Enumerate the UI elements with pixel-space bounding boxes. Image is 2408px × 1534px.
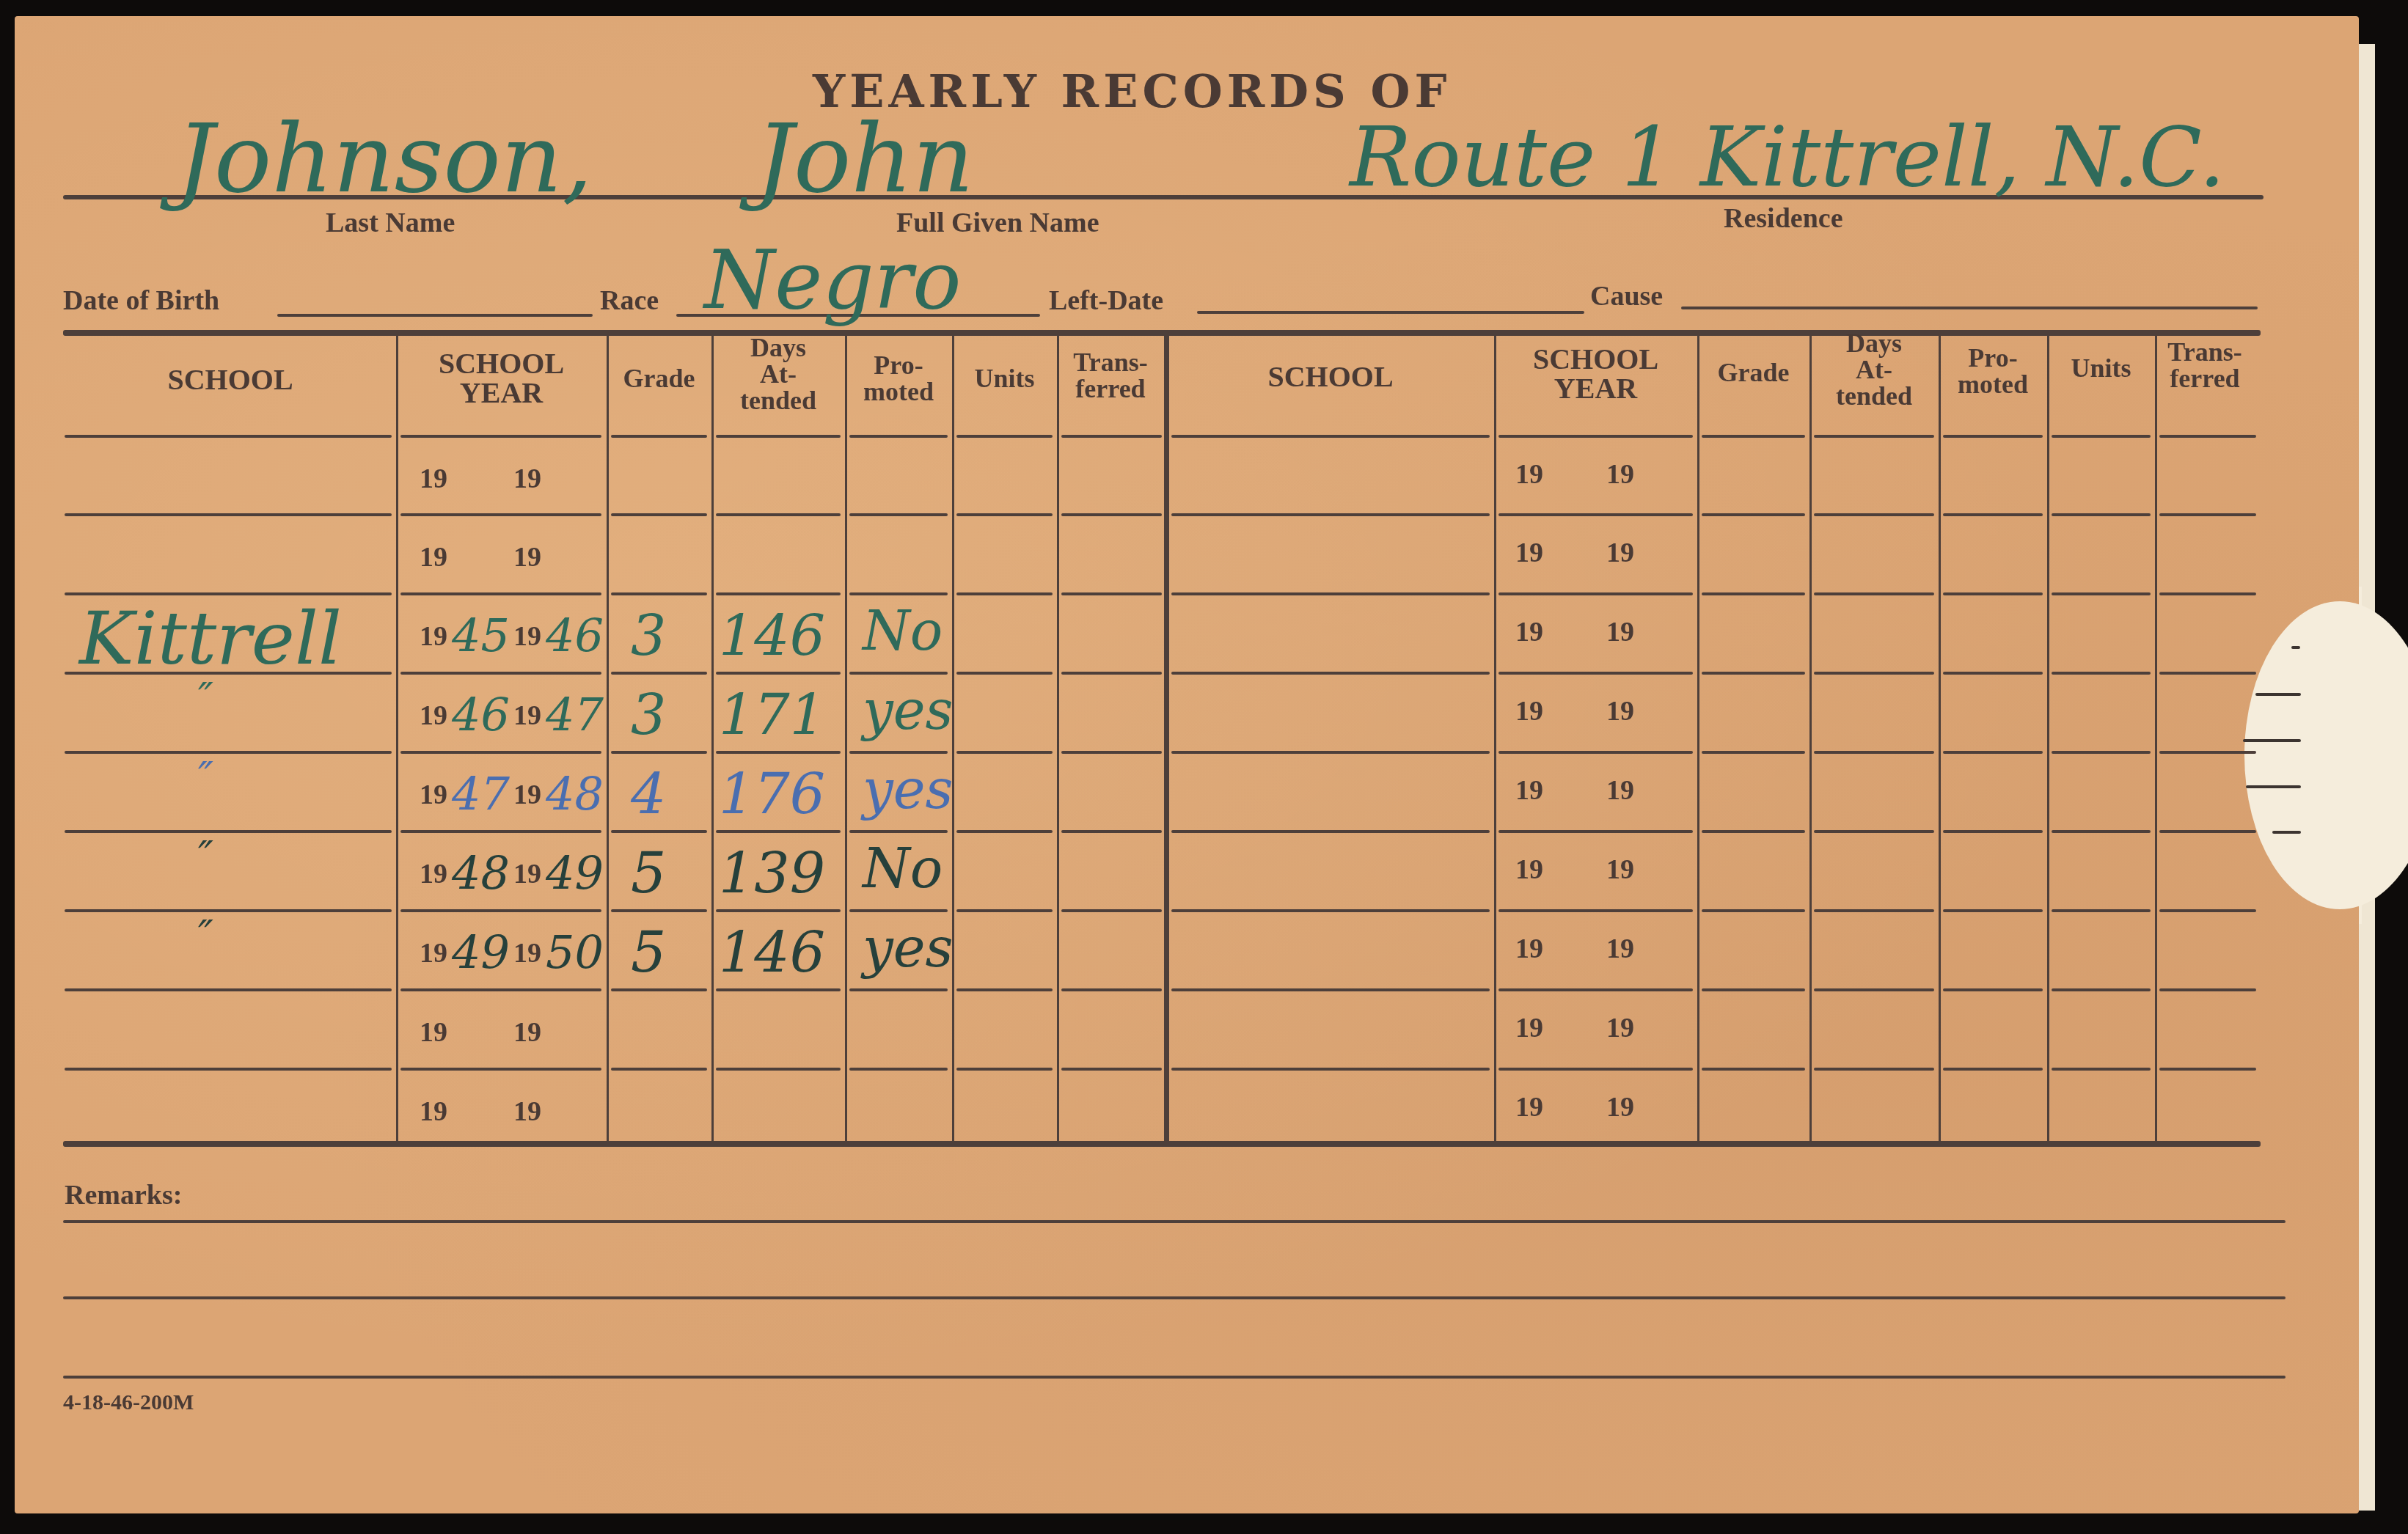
notch-tick bbox=[2243, 739, 2301, 742]
days-cell[interactable]: 146 bbox=[719, 603, 825, 668]
promoted-cell[interactable]: No bbox=[863, 600, 943, 663]
row-rule bbox=[1702, 672, 1805, 675]
col-divider bbox=[845, 334, 847, 1145]
year-prefix-start[interactable]: 19 bbox=[1515, 616, 1543, 648]
header-bottom-rule bbox=[1702, 435, 1805, 438]
row-rule bbox=[1498, 672, 1693, 675]
promoted-cell[interactable]: yes bbox=[863, 917, 954, 980]
row-rule bbox=[716, 830, 841, 833]
year-start-cell[interactable]: 46 bbox=[452, 688, 510, 741]
row-rule bbox=[1814, 830, 1934, 833]
year-prefix-end[interactable]: 19 bbox=[1606, 458, 1634, 491]
row-rule bbox=[400, 909, 601, 912]
right-header-units: Units bbox=[2047, 355, 2155, 381]
row-rule bbox=[400, 988, 601, 991]
row-rule bbox=[1061, 830, 1162, 833]
year-start-cell[interactable]: 47 bbox=[452, 767, 510, 821]
row-rule bbox=[849, 672, 948, 675]
year-prefix-start[interactable]: 19 bbox=[420, 700, 447, 732]
year-end-cell[interactable]: 49 bbox=[546, 846, 604, 900]
promoted-cell[interactable]: yes bbox=[863, 679, 954, 742]
dob-field[interactable] bbox=[277, 314, 593, 317]
row-rule bbox=[1061, 988, 1162, 991]
school-cell[interactable]: ″ bbox=[198, 754, 213, 801]
center-divider bbox=[1164, 334, 1169, 1145]
row-rule bbox=[2159, 909, 2256, 912]
row-rule bbox=[2052, 1068, 2151, 1071]
row-rule bbox=[65, 988, 392, 991]
days-cell[interactable]: 139 bbox=[719, 840, 825, 906]
remarks-line-2[interactable] bbox=[63, 1296, 2286, 1299]
row-rule bbox=[1498, 513, 1693, 516]
last-name-value[interactable]: Johnson, bbox=[176, 103, 593, 214]
residence-value[interactable]: Route 1 Kittrell, N.C. bbox=[1350, 110, 2225, 205]
col-divider bbox=[1494, 334, 1496, 1145]
row-rule bbox=[716, 751, 841, 754]
row-rule bbox=[65, 909, 392, 912]
row-rule bbox=[2052, 672, 2151, 675]
row-rule bbox=[400, 830, 601, 833]
left-date-field[interactable] bbox=[1197, 311, 1584, 314]
row-rule bbox=[956, 672, 1053, 675]
year-prefix-end[interactable]: 19 bbox=[513, 1016, 541, 1049]
grade-cell[interactable]: 4 bbox=[631, 761, 666, 826]
right-header-days-attended: DaysAt-tended bbox=[1809, 330, 1939, 409]
row-rule bbox=[1171, 988, 1490, 991]
row-rule bbox=[716, 909, 841, 912]
row-rule bbox=[1061, 751, 1162, 754]
row-rule bbox=[1814, 592, 1934, 595]
row-rule bbox=[2159, 672, 2256, 675]
row-rule bbox=[1943, 830, 2043, 833]
row-rule bbox=[65, 1068, 392, 1071]
row-rule bbox=[1171, 592, 1490, 595]
record-card bbox=[15, 16, 2359, 1513]
year-start-cell[interactable]: 48 bbox=[452, 846, 510, 900]
race-label: Race bbox=[600, 285, 659, 317]
notch-tick bbox=[2255, 693, 2301, 696]
row-rule bbox=[1498, 592, 1693, 595]
year-prefix-start[interactable]: 19 bbox=[1515, 854, 1543, 886]
residence-label: Residence bbox=[1724, 202, 1843, 235]
col-divider bbox=[396, 334, 398, 1145]
year-end-cell[interactable]: 48 bbox=[546, 767, 604, 821]
row-rule bbox=[2159, 1068, 2256, 1071]
header-bottom-rule bbox=[1498, 435, 1693, 438]
notch-tick bbox=[2291, 646, 2300, 649]
right-header-grade: Grade bbox=[1697, 359, 1809, 386]
row-rule bbox=[1061, 592, 1162, 595]
row-rule bbox=[1943, 513, 2043, 516]
col-divider bbox=[1697, 334, 1699, 1145]
row-rule bbox=[716, 1068, 841, 1071]
year-prefix-end[interactable]: 19 bbox=[1606, 616, 1634, 648]
row-rule bbox=[1061, 1068, 1162, 1071]
row-rule bbox=[956, 988, 1053, 991]
row-rule bbox=[1171, 909, 1490, 912]
left-header-promoted: Pro-moted bbox=[845, 352, 952, 405]
year-prefix-end[interactable]: 19 bbox=[513, 779, 541, 811]
row-rule bbox=[1171, 1068, 1490, 1071]
row-rule bbox=[1498, 909, 1693, 912]
year-end-cell[interactable]: 50 bbox=[546, 925, 604, 979]
header-bottom-rule bbox=[65, 435, 392, 438]
row-rule bbox=[611, 592, 707, 595]
header-bottom-rule bbox=[956, 435, 1053, 438]
row-rule bbox=[1702, 592, 1805, 595]
promoted-cell[interactable]: No bbox=[863, 837, 943, 900]
row-rule bbox=[611, 988, 707, 991]
left-date-label: Left-Date bbox=[1049, 285, 1163, 317]
row-rule bbox=[849, 592, 948, 595]
row-rule bbox=[1814, 988, 1934, 991]
row-rule bbox=[1061, 513, 1162, 516]
year-prefix-end[interactable]: 19 bbox=[513, 463, 541, 495]
grade-cell[interactable]: 5 bbox=[631, 840, 666, 906]
row-rule bbox=[1498, 988, 1693, 991]
school-cell[interactable]: ″ bbox=[198, 912, 213, 960]
form-code: 4-18-46-200M bbox=[63, 1390, 194, 1415]
row-rule bbox=[1943, 751, 2043, 754]
row-rule bbox=[1702, 988, 1805, 991]
year-prefix-start[interactable]: 19 bbox=[420, 620, 447, 653]
col-divider bbox=[2047, 334, 2049, 1145]
row-rule bbox=[1943, 672, 2043, 675]
row-rule bbox=[716, 988, 841, 991]
remarks-label: Remarks: bbox=[65, 1179, 182, 1211]
row-rule bbox=[1702, 1068, 1805, 1071]
row-rule bbox=[716, 513, 841, 516]
year-prefix-start[interactable]: 19 bbox=[420, 937, 447, 969]
row-rule bbox=[956, 592, 1053, 595]
year-start-cell[interactable]: 49 bbox=[452, 925, 510, 979]
header-bottom-rule bbox=[611, 435, 707, 438]
row-rule bbox=[2052, 909, 2151, 912]
year-prefix-start[interactable]: 19 bbox=[420, 858, 447, 890]
year-prefix-end[interactable]: 19 bbox=[1606, 695, 1634, 727]
year-prefix-start[interactable]: 19 bbox=[1515, 774, 1543, 807]
row-rule bbox=[1061, 672, 1162, 675]
row-rule bbox=[1702, 751, 1805, 754]
left-header-grade: Grade bbox=[607, 365, 711, 392]
year-prefix-end[interactable]: 19 bbox=[1606, 933, 1634, 965]
row-rule bbox=[1498, 830, 1693, 833]
row-rule bbox=[1702, 909, 1805, 912]
row-rule bbox=[849, 1068, 948, 1071]
cause-label: Cause bbox=[1590, 280, 1663, 312]
row-rule bbox=[849, 909, 948, 912]
row-rule bbox=[611, 751, 707, 754]
row-rule bbox=[2052, 830, 2151, 833]
race-value: Negro bbox=[704, 233, 962, 327]
row-rule bbox=[2052, 751, 2151, 754]
table-bottom-rule bbox=[63, 1141, 2261, 1147]
header-bottom-rule bbox=[1061, 435, 1162, 438]
row-rule bbox=[1171, 830, 1490, 833]
row-rule bbox=[849, 513, 948, 516]
row-rule bbox=[1814, 909, 1934, 912]
col-divider bbox=[1057, 334, 1059, 1145]
row-rule bbox=[956, 909, 1053, 912]
row-rule bbox=[400, 1068, 601, 1071]
row-rule bbox=[956, 751, 1053, 754]
left-header-school: SCHOOL bbox=[65, 365, 396, 394]
row-rule bbox=[65, 751, 392, 754]
row-rule bbox=[1943, 988, 2043, 991]
row-rule bbox=[1171, 513, 1490, 516]
row-rule bbox=[716, 592, 841, 595]
year-prefix-start[interactable]: 19 bbox=[420, 1016, 447, 1049]
year-prefix-start[interactable]: 19 bbox=[1515, 1012, 1543, 1044]
header-bottom-rule bbox=[1943, 435, 2043, 438]
grade-cell[interactable]: 3 bbox=[631, 682, 666, 747]
year-prefix-end[interactable]: 19 bbox=[1606, 1012, 1634, 1044]
year-prefix-start[interactable]: 19 bbox=[1515, 695, 1543, 727]
header-bottom-rule bbox=[400, 435, 601, 438]
year-prefix-end[interactable]: 19 bbox=[1606, 1091, 1634, 1123]
year-prefix-end[interactable]: 19 bbox=[1606, 537, 1634, 569]
header-bottom-rule bbox=[2159, 435, 2256, 438]
year-prefix-end[interactable]: 19 bbox=[513, 700, 541, 732]
row-rule bbox=[2159, 751, 2256, 754]
remarks-line-1[interactable] bbox=[63, 1220, 2286, 1223]
year-prefix-start[interactable]: 19 bbox=[1515, 933, 1543, 965]
row-rule bbox=[1814, 513, 1934, 516]
grade-cell[interactable]: 5 bbox=[631, 920, 666, 985]
header-bottom-rule bbox=[849, 435, 948, 438]
year-prefix-start[interactable]: 19 bbox=[420, 541, 447, 573]
row-rule bbox=[611, 513, 707, 516]
row-rule bbox=[2052, 988, 2151, 991]
header-bottom-rule bbox=[1171, 435, 1490, 438]
col-divider bbox=[1809, 334, 1812, 1145]
row-rule bbox=[611, 672, 707, 675]
year-prefix-end[interactable]: 19 bbox=[513, 541, 541, 573]
days-cell[interactable]: 146 bbox=[719, 920, 825, 985]
header-bottom-rule bbox=[716, 435, 841, 438]
row-rule bbox=[956, 513, 1053, 516]
header-bottom-rule bbox=[2052, 435, 2151, 438]
row-rule bbox=[1498, 751, 1693, 754]
row-rule bbox=[849, 830, 948, 833]
row-rule bbox=[2159, 513, 2256, 516]
row-rule bbox=[611, 909, 707, 912]
left-header-transferred: Trans-ferred bbox=[1057, 349, 1164, 402]
row-rule bbox=[400, 672, 601, 675]
row-rule bbox=[1171, 672, 1490, 675]
last-name-label: Last Name bbox=[326, 207, 455, 239]
row-rule bbox=[1702, 830, 1805, 833]
days-cell[interactable]: 176 bbox=[719, 761, 825, 826]
row-rule bbox=[1814, 751, 1934, 754]
row-rule bbox=[1702, 513, 1805, 516]
left-header-days-attended: DaysAt-tended bbox=[711, 334, 845, 414]
header-bottom-rule bbox=[1814, 435, 1934, 438]
left-header-units: Units bbox=[952, 365, 1057, 392]
row-rule bbox=[65, 513, 392, 516]
year-prefix-start[interactable]: 19 bbox=[1515, 537, 1543, 569]
row-rule bbox=[1943, 592, 2043, 595]
row-rule bbox=[65, 830, 392, 833]
year-end-cell[interactable]: 46 bbox=[546, 609, 604, 662]
year-prefix-end[interactable]: 19 bbox=[1606, 854, 1634, 886]
notch-tick bbox=[2272, 831, 2301, 834]
right-header-promoted: Pro-moted bbox=[1939, 345, 2047, 397]
row-rule bbox=[611, 830, 707, 833]
grade-cell[interactable]: 3 bbox=[631, 603, 666, 668]
year-prefix-start[interactable]: 19 bbox=[420, 463, 447, 495]
dob-label: Date of Birth bbox=[63, 285, 219, 317]
row-rule bbox=[2159, 988, 2256, 991]
year-prefix-start[interactable]: 19 bbox=[1515, 1091, 1543, 1123]
year-prefix-end[interactable]: 19 bbox=[513, 620, 541, 653]
row-rule bbox=[1814, 1068, 1934, 1071]
right-header-transferred: Trans-ferred bbox=[2155, 339, 2255, 392]
row-rule bbox=[716, 672, 841, 675]
row-rule bbox=[611, 1068, 707, 1071]
col-divider bbox=[2155, 334, 2157, 1145]
row-rule bbox=[956, 1068, 1053, 1071]
year-start-cell[interactable]: 45 bbox=[452, 609, 510, 662]
cause-field[interactable] bbox=[1681, 307, 2258, 309]
remarks-line-3[interactable] bbox=[63, 1376, 2286, 1379]
year-prefix-end[interactable]: 19 bbox=[513, 1096, 541, 1128]
row-rule bbox=[2052, 513, 2151, 516]
row-rule bbox=[1061, 909, 1162, 912]
notch-tick bbox=[2246, 785, 2301, 788]
row-rule bbox=[849, 751, 948, 754]
year-prefix-end[interactable]: 19 bbox=[513, 937, 541, 969]
row-rule bbox=[1814, 672, 1934, 675]
row-rule bbox=[400, 592, 601, 595]
row-rule bbox=[400, 513, 601, 516]
year-end-cell[interactable]: 47 bbox=[546, 688, 604, 741]
row-rule bbox=[849, 988, 948, 991]
row-rule bbox=[1498, 1068, 1693, 1071]
row-rule bbox=[1943, 909, 2043, 912]
row-rule bbox=[1943, 1068, 2043, 1071]
school-cell[interactable]: ″ bbox=[198, 675, 213, 722]
promoted-cell[interactable]: yes bbox=[863, 758, 954, 821]
year-prefix-start[interactable]: 19 bbox=[420, 1096, 447, 1128]
school-cell[interactable]: ″ bbox=[198, 833, 213, 881]
right-header-school-year: SCHOOLYEAR bbox=[1494, 345, 1697, 403]
col-divider bbox=[1939, 334, 1941, 1145]
year-prefix-end[interactable]: 19 bbox=[1606, 774, 1634, 807]
school-cell[interactable]: Kittrell bbox=[79, 595, 342, 681]
row-rule bbox=[1171, 751, 1490, 754]
row-rule bbox=[2052, 592, 2151, 595]
col-divider bbox=[711, 334, 714, 1145]
year-prefix-end[interactable]: 19 bbox=[513, 858, 541, 890]
given-name-value[interactable]: John bbox=[755, 103, 974, 214]
left-header-school-year: SCHOOLYEAR bbox=[396, 349, 607, 408]
row-rule bbox=[2159, 830, 2256, 833]
col-divider bbox=[607, 334, 609, 1145]
year-prefix-start[interactable]: 19 bbox=[1515, 458, 1543, 491]
row-rule bbox=[400, 751, 601, 754]
row-rule bbox=[2159, 592, 2256, 595]
right-header-school: SCHOOL bbox=[1167, 362, 1494, 392]
days-cell[interactable]: 171 bbox=[719, 682, 825, 747]
row-rule bbox=[956, 830, 1053, 833]
year-prefix-start[interactable]: 19 bbox=[420, 779, 447, 811]
